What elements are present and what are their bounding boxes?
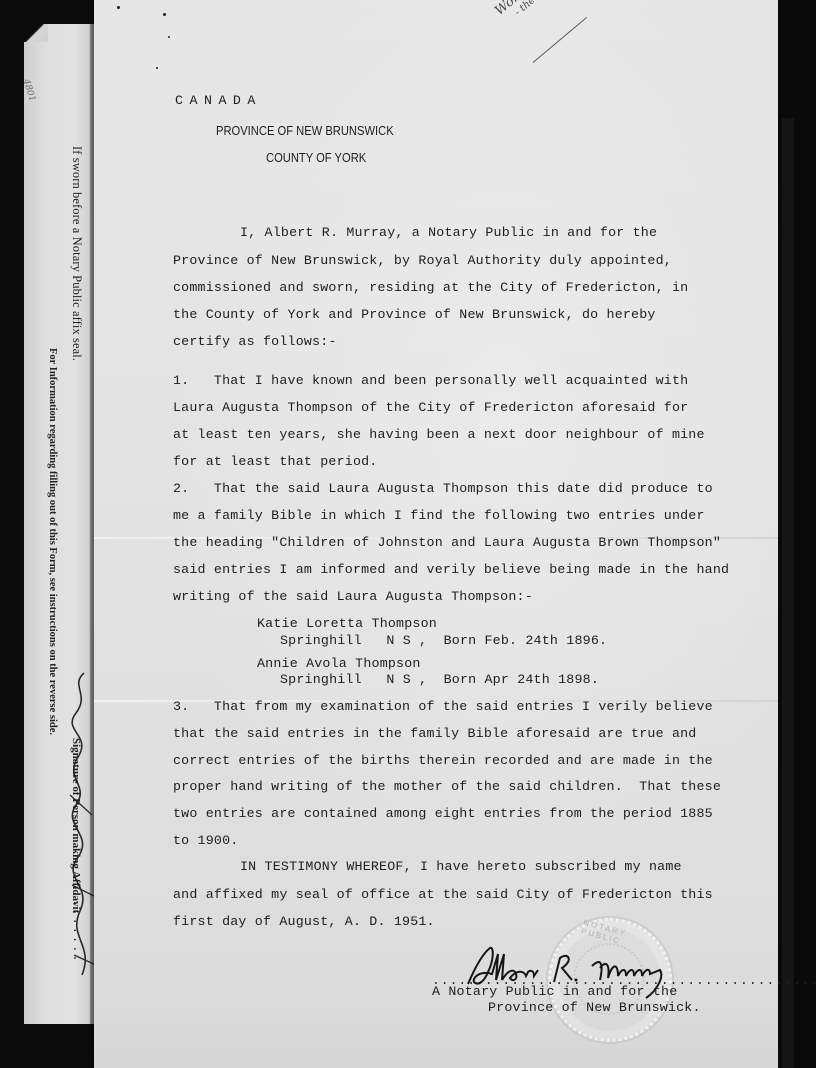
intro-line: the County of York and Province of New B… [173, 308, 656, 321]
intro-line: commissioned and sworn, residing at the … [173, 281, 688, 294]
heading-country: CANADA [175, 94, 262, 107]
paragraph-3-line: 3. That from my examination of the said … [173, 700, 713, 713]
paragraph-3-line: proper hand writing of the mother of the… [173, 780, 721, 793]
heading-county: COUNTY OF YORK [266, 151, 366, 164]
ink-speck [168, 36, 170, 38]
folded-corner [24, 24, 48, 42]
bible-entry-name: Katie Loretta Thompson [257, 617, 437, 630]
signature-label: Signature of Person making Affidavit [70, 738, 82, 913]
paragraph-2-line: 2. That the said Laura Augusta Thompson … [173, 482, 713, 495]
intro-line: Province of New Brunswick, by Royal Auth… [173, 254, 672, 267]
notary-title-line-2: Province of New Brunswick. [488, 1001, 701, 1014]
paragraph-2-line: the heading "Children of Johnston and La… [173, 536, 721, 549]
paragraph-3-line: to 1900. [173, 834, 238, 847]
intro-line: I, Albert R. Murray, a Notary Public in … [240, 226, 657, 239]
bible-entry-detail: Springhill N S , Born Apr 24th 1898. [280, 673, 599, 686]
ink-speck [156, 67, 158, 69]
paragraph-1-line: for at least that period. [173, 455, 378, 468]
paragraph-2-line: said entries I am informed and verily be… [173, 563, 729, 576]
paragraph-2-line: me a family Bible in which I find the fo… [173, 509, 705, 522]
paragraph-1-line: 1. That I have known and been personally… [173, 374, 688, 387]
signature-dotted-line: ........ [70, 890, 84, 964]
heading-province: PROVINCE OF NEW BRUNSWICK [216, 124, 394, 137]
paragraph-1-line: Laura Augusta Thompson of the City of Fr… [173, 401, 688, 414]
paragraph-3-line: two entries are contained among eight en… [173, 807, 713, 820]
paragraph-1-line: at least ten years, she having been a ne… [173, 428, 705, 441]
bible-entry-detail: Springhill N S , Born Feb. 24th 1896. [280, 634, 607, 647]
notary-title-line-1: A Notary Public in and for the [432, 985, 677, 998]
paragraph-2-line: writing of the said Laura Augusta Thomps… [173, 590, 533, 603]
paragraph-3-line: that the said entries in the family Bibl… [173, 727, 696, 740]
instruction-sworn-text: If sworn before a Notary Public affix se… [69, 146, 84, 361]
scan-background-right [778, 0, 816, 1068]
testimony-line: first day of August, A. D. 1951. [173, 915, 435, 928]
notarial-certificate-page [94, 0, 778, 1068]
bible-entry-name: Annie Avola Thompson [257, 657, 421, 670]
underlying-sheet-edge [782, 118, 794, 1068]
ink-speck [117, 6, 120, 9]
instruction-info-text: For Information regarding filling out of… [47, 348, 58, 735]
testimony-line: and affixed my seal of office at the sai… [173, 888, 713, 901]
ink-speck [163, 13, 166, 16]
paragraph-3-line: correct entries of the births therein re… [173, 754, 713, 767]
testimony-line: IN TESTIMONY WHEREOF, I have hereto subs… [240, 860, 682, 873]
intro-line: certify as follows:- [173, 335, 337, 348]
